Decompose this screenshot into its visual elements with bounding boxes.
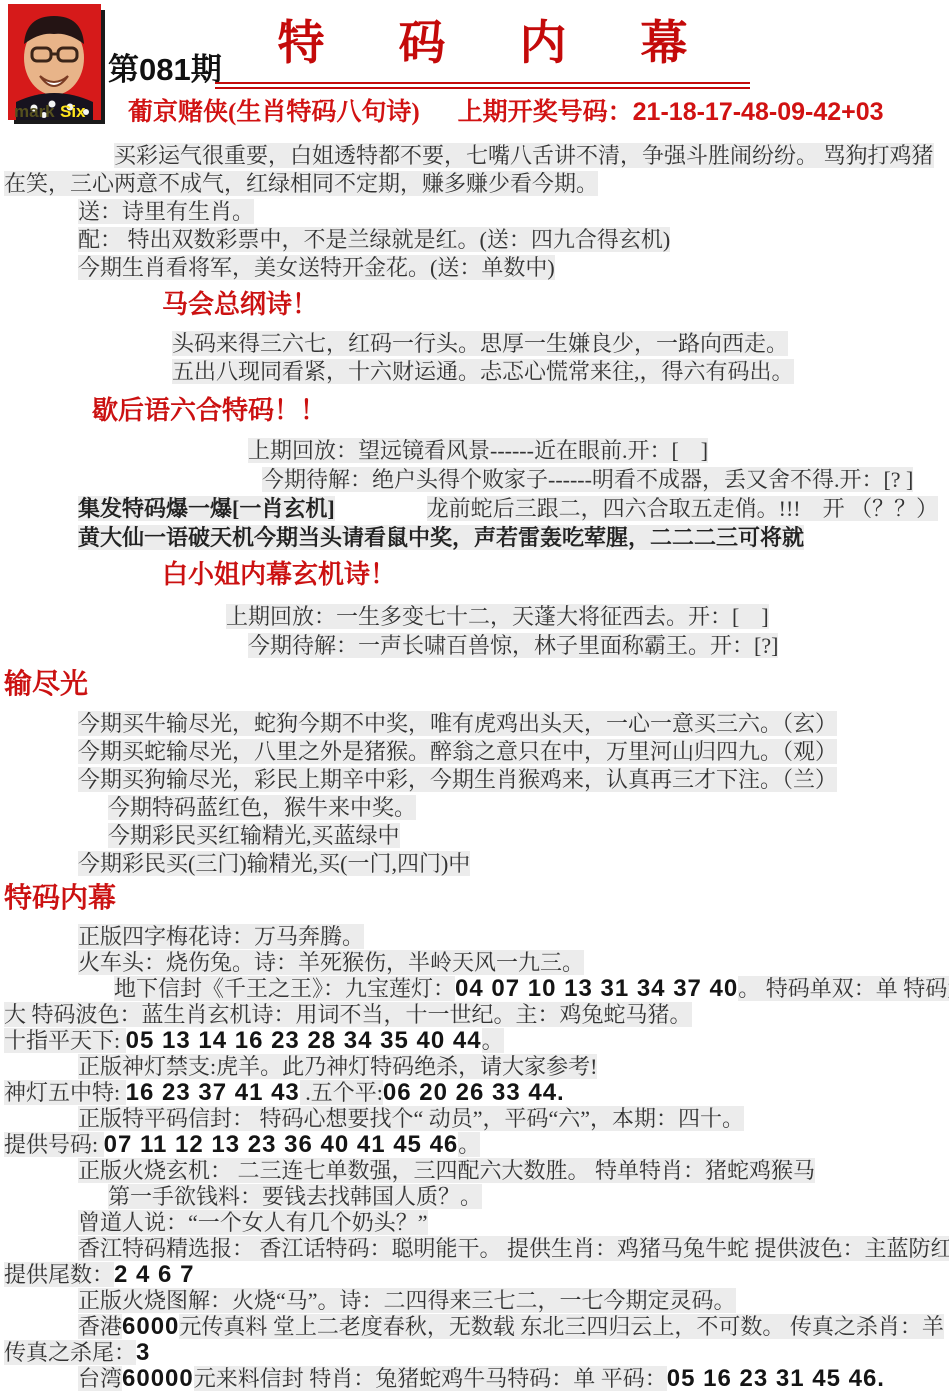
text-line: 提供号码: 07 11 12 13 23 36 40 41 45 46。 [4,1132,949,1158]
text-segment: 正版火烧玄机： 二三连七单数强，三四配六大数胜。 特单特肖：猪蛇鸡猴马 [78,1158,815,1183]
text-segment: 正版神灯禁支:虎羊。此乃神灯特码绝杀，请大家参考! [78,1054,597,1079]
text-line: 香港6000元传真料 堂上二老度春秋，无数载 东北三四归云上，不可数。 传真之杀… [78,1314,949,1340]
section-heading-baixiaojie: 白小姐内幕玄机诗！ [162,558,949,592]
text-segment: 集发特码爆一爆[一肖玄机] [78,496,335,521]
text-line: 正版火烧图解：火烧“马”。诗：二四得来三七二，一七今期定灵码。 [78,1288,949,1314]
text-segment: 今期特码蓝红色，猴牛来中奖。 [108,795,416,820]
text-line: 今期生肖看将军，美女送特开金花。(送：单数中) [78,254,949,282]
text-segment: 今期待解：绝户头得个败家子------明看不成器，丢又舍不得.开：[? ] [262,467,913,492]
text-segment: 传真之杀尾： [4,1340,136,1365]
issue-number: 第081期 [108,44,222,89]
section-intro: 买彩运气很重要，白姐透特都不要，七嘴八舌讲不清，争强斗胜闹纷纷。 骂狗打鸡猪在笑… [0,142,949,282]
text-segment: 今期彩民买(三门)输精光,买(一门,四门)中 [78,851,470,876]
section-baixiaojie: 白小姐内幕玄机诗！ 上期回放：一生多变七十二，天蓬大将征西去。开：[ ]今期待解… [0,558,949,660]
section-mahui: 马会总纲诗！ 头码来得三六七，红码一行头。思厚一生嫌良少，一路向西走。五出八现同… [0,288,949,386]
text-segment: 05 13 14 16 23 28 34 35 40 44 [126,1027,482,1054]
text-segment: 香江特码精选报： 香江话特码：聪明能干。 提供生肖：鸡猪马兔牛蛇 提供波色：主蓝… [78,1236,949,1261]
text-line: 香江特码精选报： 香江话特码：聪明能干。 提供生肖：鸡猪马兔牛蛇 提供波色：主蓝… [78,1236,949,1262]
text-line: 买彩运气很重要，白姐透特都不要，七嘴八舌讲不清，争强斗胜闹纷纷。 骂狗打鸡猪 [114,142,949,170]
page-title-text: 特码内幕 [278,18,762,70]
text-line: 今期彩民买(三门)输精光,买(一门,四门)中 [78,850,949,878]
text-segment: 。 [458,1132,480,1157]
text-line: 提供尾数：2 4 6 7 [4,1262,949,1288]
text-line: 十指平天下: 05 13 14 16 23 28 34 35 40 44。 [4,1028,949,1054]
text-segment: 05 16 23 31 45 46. [667,1365,885,1392]
text-segment: 3 [136,1339,150,1366]
text-segment: 。 特码单双：单 特码大小: [738,976,949,1001]
text-segment: 黄大仙一语破天机今期当头请看鼠中奖，声若雷轰吃荤腥，二二二三可将就 [78,525,804,550]
baixiaojie-lines: 上期回放：一生多变七十二，天蓬大将征西去。开：[ ]今期待解：一声长啸百兽惊，林… [0,602,949,660]
text-line: 神灯五中特: 16 23 37 41 43 .五个平:06 20 26 33 4… [4,1080,949,1106]
text-segment: 五出八现同看紧，十六财运通。忐忑心慌常来往,，得六有码出。 [172,359,794,384]
xiehouyu-lines: 上期回放：望远镜看风景------近在眼前.开：[ ]今期待解：绝户头得个败家子… [0,436,949,552]
text-segment: 。 [482,1028,504,1053]
section-xiehouyu: 歇后语六合特码！！ 上期回放：望远镜看风景------近在眼前.开：[ ]今期待… [0,394,949,552]
text-segment: 神灯五中特: [4,1080,126,1105]
text-segment: 提供尾数： [4,1262,114,1287]
section-neimu: 特码内幕 正版四字梅花诗：万马奔腾。火车头：烧伤兔。诗：羊死猴伤，半岭天风一九三… [0,882,949,1392]
text-segment: 在笑，三心两意不成气，红绿相同不定期，赚多赚少看今期。 [4,171,598,196]
text-segment: 元来料信封 特肖：兔猪蛇鸡牛马特码：单 平码： [194,1366,667,1391]
text-line: 地下信封《千王之王》：九宝莲灯：04 07 10 13 31 34 37 40。… [114,976,949,1002]
text-segment: 60000 [122,1365,194,1392]
text-segment: 上期回放：一生多变七十二，天蓬大将征西去。开：[ ] [226,604,769,629]
text-line: 今期彩民买红输精光,买蓝绿中 [108,822,949,850]
text-line: 今期买蛇输尽光，八里之外是猪猴。醉翁之意只在中，万里河山归四九。（观） [78,738,949,766]
subtitle-row: 葡京赌侠(生肖特码八句诗) 上期开奖号码：21-18-17-48-09-42+0… [128,92,884,128]
text-segment: 06 20 26 33 44. [383,1079,565,1106]
text-line: 火车头：烧伤兔。诗：羊死猴伤，半岭天风一九三。 [78,950,949,976]
text-segment: 元传真料 堂上二老度春秋，无数载 东北三四归云上，不可数。 传真之杀肖：羊 [179,1314,944,1339]
text-line: 送：诗里有生肖。 [78,198,949,226]
text-segment: 地下信封《千王之王》：九宝莲灯： [114,976,455,1001]
text-segment: 正版四字梅花诗：万马奔腾。 [78,924,364,949]
text-line: 传真之杀尾：3 [4,1340,949,1366]
tip-sheet-page: mark Six 第081期 特码内幕 葡京赌侠(生肖特码八句诗) 上期开奖号码… [0,0,949,1395]
masthead: mark Six 第081期 特码内幕 葡京赌侠(生肖特码八句诗) 上期开奖号码… [0,0,949,132]
text-line: 台湾60000元来料信封 特肖：兔猪蛇鸡牛马特码：单 平码：05 16 23 3… [78,1366,949,1392]
text-line: 今期待解：一声长啸百兽惊，林子里面称霸王。开：[?] [248,631,949,660]
text-segment: .五个平: [300,1080,383,1105]
text-line: 第一手欲钱料：要钱去找韩国人质？。 [108,1184,949,1210]
logo-text-mark: mark [14,102,55,121]
text-segment: 07 11 12 13 23 36 40 41 45 46 [104,1131,459,1158]
last-draw-numbers: 上期开奖号码：21-18-17-48-09-42+03 [458,92,884,128]
text-segment: 正版火烧图解：火烧“马”。诗：二四得来三七二，一七今期定灵码。 [78,1288,736,1313]
text-segment: 台湾 [78,1366,122,1391]
text-segment: 今期生肖看将军，美女送特开金花。(送：单数中) [78,255,555,280]
section-heading-mahui: 马会总纲诗！ [162,288,949,322]
section-shujinguang: 输尽光 今期买牛输尽光，蛇狗今期不中奖，唯有虎鸡出头天，一心一意买三六。（玄）今… [0,668,949,878]
section-heading-neimu: 特码内幕 [4,882,949,916]
text-segment: 配： 特出双数彩票中，不是兰绿就是红。(送：四九合得玄机) [78,227,670,252]
text-line: 正版火烧玄机： 二三连七单数强，三四配六大数胜。 特单特肖：猪蛇鸡猴马 [78,1158,949,1184]
text-segment: 2 4 6 7 [114,1261,194,1288]
text-segment: 第一手欲钱料：要钱去找韩国人质？。 [108,1184,482,1209]
text-line: 五出八现同看紧，十六财运通。忐忑心慌常来往,，得六有码出。 [172,358,949,386]
text-segment: 04 07 10 13 31 34 37 40 [455,975,738,1002]
page-title: 特码内幕 [215,6,750,89]
text-line: 黄大仙一语破天机今期当头请看鼠中奖，声若雷轰吃荤腥，二二二三可将就 [78,523,949,552]
text-segment: 香港 [78,1314,122,1339]
text-line: 头码来得三六七，红码一行头。思厚一生嫌良少，一路向西走。 [172,330,949,358]
marksix-logo: mark Six [8,4,105,124]
text-segment: 今期买牛输尽光，蛇狗今期不中奖，唯有虎鸡出头天，一心一意买三六。（玄） [78,711,837,736]
text-line: 今期买狗输尽光，彩民上期辛中彩，今期生肖猴鸡来，认真再三才下注。（兰） [78,766,949,794]
text-line: 今期待解：绝户头得个败家子------明看不成器，丢又舍不得.开：[? ] [262,465,949,494]
text-line: 今期买牛输尽光，蛇狗今期不中奖，唯有虎鸡出头天，一心一意买三六。（玄） [78,710,949,738]
text-line: 在笑，三心两意不成气，红绿相同不定期，赚多赚少看今期。 [4,170,949,198]
text-segment: 头码来得三六七，红码一行头。思厚一生嫌良少，一路向西走。 [172,331,788,356]
text-line: 正版神灯禁支:虎羊。此乃神灯特码绝杀，请大家参考! [78,1054,949,1080]
text-segment: 大 特码波色：蓝生肖玄机诗：用词不当，十一世纪。主：鸡兔蛇马猪。 [4,1002,692,1027]
logo-text-six: Six [60,102,86,121]
text-segment: 今期彩民买红输精光,买蓝绿中 [108,823,400,848]
text-segment: 今期买狗输尽光，彩民上期辛中彩，今期生肖猴鸡来，认真再三才下注。（兰） [78,767,837,792]
text-line: 大 特码波色：蓝生肖玄机诗：用词不当，十一世纪。主：鸡兔蛇马猪。 [4,1002,949,1028]
mahui-lines: 头码来得三六七，红码一行头。思厚一生嫌良少，一路向西走。五出八现同看紧，十六财运… [0,330,949,386]
text-segment: 上期回放：望远镜看风景------近在眼前.开：[ ] [248,438,708,463]
text-line: 正版四字梅花诗：万马奔腾。 [78,924,949,950]
text-segment: 提供号码: [4,1132,104,1157]
text-line: 配： 特出双数彩票中，不是兰绿就是红。(送：四九合得玄机) [78,226,949,254]
subtitle-left: 葡京赌侠(生肖特码八句诗) [128,92,420,128]
section-heading-xiehouyu: 歇后语六合特码！！ [92,394,949,428]
text-segment: 火车头：烧伤兔。诗：羊死猴伤，半岭天风一九三。 [78,950,584,975]
text-segment: 今期买蛇输尽光，八里之外是猪猴。醉翁之意只在中，万里河山归四九。（观） [78,739,837,764]
text-line: 上期回放：一生多变七十二，天蓬大将征西去。开：[ ] [226,602,949,631]
text-line: 今期特码蓝红色，猴牛来中奖。 [108,794,949,822]
text-segment: 16 23 37 41 43 [126,1079,300,1106]
text-line: 正版特平码信封： 特码心想要找个“ 动员”，平码“六”，本期：四十。 [78,1106,949,1132]
text-segment: 十指平天下: [4,1028,126,1053]
section-heading-shujinguang: 输尽光 [4,668,949,702]
shujinguang-lines: 今期买牛输尽光，蛇狗今期不中奖，唯有虎鸡出头天，一心一意买三六。（玄）今期买蛇输… [0,710,949,878]
text-segment: 送：诗里有生肖。 [78,199,254,224]
text-segment: 正版特平码信封： 特码心想要找个“ 动员”，平码“六”，本期：四十。 [78,1106,744,1131]
neimu-lines: 正版四字梅花诗：万马奔腾。火车头：烧伤兔。诗：羊死猴伤，半岭天风一九三。地下信封… [0,924,949,1392]
intro-lines: 买彩运气很重要，白姐透特都不要，七嘴八舌讲不清，争强斗胜闹纷纷。 骂狗打鸡猪在笑… [0,142,949,282]
text-segment: 龙前蛇后三跟二，四六合取五走俏。!!! 开 （？？） [427,496,938,521]
text-segment: 买彩运气很重要，白姐透特都不要，七嘴八舌讲不清，争强斗胜闹纷纷。 骂狗打鸡猪 [114,143,934,168]
text-segment: 6000 [122,1313,179,1340]
text-segment: 今期待解：一声长啸百兽惊，林子里面称霸王。开：[?] [248,633,778,658]
text-line: 上期回放：望远镜看风景------近在眼前.开：[ ] [248,436,949,465]
text-segment: 曾道人说：“一个女人有几个奶头？” [78,1210,428,1235]
text-line: 集发特码爆一爆[一肖玄机]龙前蛇后三跟二，四六合取五走俏。!!! 开 （？？） [78,494,949,523]
text-line: 曾道人说：“一个女人有几个奶头？” [78,1210,949,1236]
